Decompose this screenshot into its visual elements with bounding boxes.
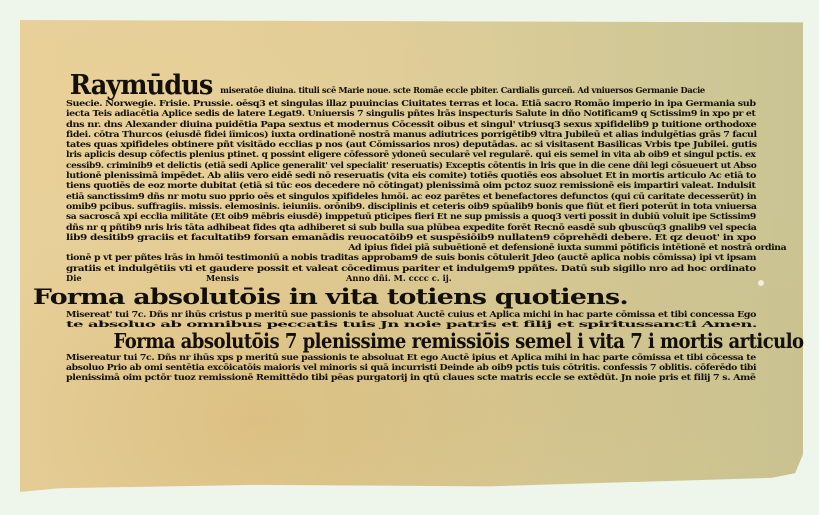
opening-rest: miseratōe diuina. tituli scē Marie noue.… bbox=[220, 85, 705, 98]
after-line: gratiis et indulgētiis vti et gaudere po… bbox=[66, 263, 756, 273]
body-line: dñs nr q pñtib9 nris lris tāta adhibeat … bbox=[66, 222, 756, 232]
body-line: omib9 pcibus. suffragiis. missis. elemos… bbox=[66, 201, 756, 211]
indented-line: Ad ipius fidei piā subuētionē et defensi… bbox=[66, 242, 819, 252]
form2-line: plenissimā oim pctōr tuoz remissionē Rem… bbox=[66, 372, 756, 382]
opening-line: Raymūdus miseratōe diuina. tituli scē Ma… bbox=[66, 74, 756, 98]
form2-line: Misereatur tui 7c. Dñs nr ihūs xps p mer… bbox=[66, 352, 756, 362]
body-line: lib9 desitib9 graciis et facultatib9 for… bbox=[66, 232, 756, 242]
body-line: lutionē plenissimā impēdet. Ab aliis ver… bbox=[66, 170, 756, 180]
date-year: Anno dñi. M. cccc c. ij. bbox=[346, 273, 452, 283]
form2-heading: Forma absolutōis 7 plenissime remissiōis… bbox=[113, 330, 803, 352]
date-line: Die Mensis Anno dñi. M. cccc c. ij. bbox=[66, 273, 756, 283]
body-line: etiā sanctissim9 dñs nr motu suo pprio o… bbox=[66, 191, 756, 201]
form1-heading: Forma absolutōis in vita totiens quotien… bbox=[33, 285, 628, 309]
form2-line: absoluo Prio ab omi sentētia excōicatōis… bbox=[66, 362, 756, 372]
body-line: fidei. cōtra Thurcos (eiusdē fidei iīmic… bbox=[66, 129, 756, 139]
opening-initial: Raymūdus bbox=[70, 74, 213, 98]
body-line: tiens quotiēs de eoz morte dubitat (etiā… bbox=[66, 180, 756, 190]
body-line: lris aplicis desup cōfectis plenius ptin… bbox=[66, 149, 756, 159]
after-line: tionē p vt per pñtes lrās in hmōi testim… bbox=[66, 252, 756, 262]
indulgence-text: Raymūdus miseratōe diuina. tituli scē Ma… bbox=[66, 74, 756, 383]
body-line: Suecie. Norwegie. Frisie. Prussie. oēsq3… bbox=[66, 98, 756, 108]
body-line: dns nr. dns Alexander diuina puidētia Pa… bbox=[66, 119, 756, 129]
body-line: cessib9. criminib9 et delictis (etiā sed… bbox=[66, 160, 756, 170]
form1-line: Misereat' tui 7c. Dñs nr ihūs cristus p … bbox=[66, 309, 756, 319]
wormhole bbox=[758, 280, 764, 286]
body-line: sa sacroscā xpi ecclia militāte (Et oib9… bbox=[66, 211, 756, 221]
body-line: iecta Teis adiacētia Aplice sedis de lat… bbox=[66, 108, 756, 118]
body-line: tates quas xpifideles obtinere pñt visit… bbox=[66, 139, 756, 149]
date-month: Mensis bbox=[206, 273, 346, 283]
date-day: Die bbox=[66, 273, 206, 283]
